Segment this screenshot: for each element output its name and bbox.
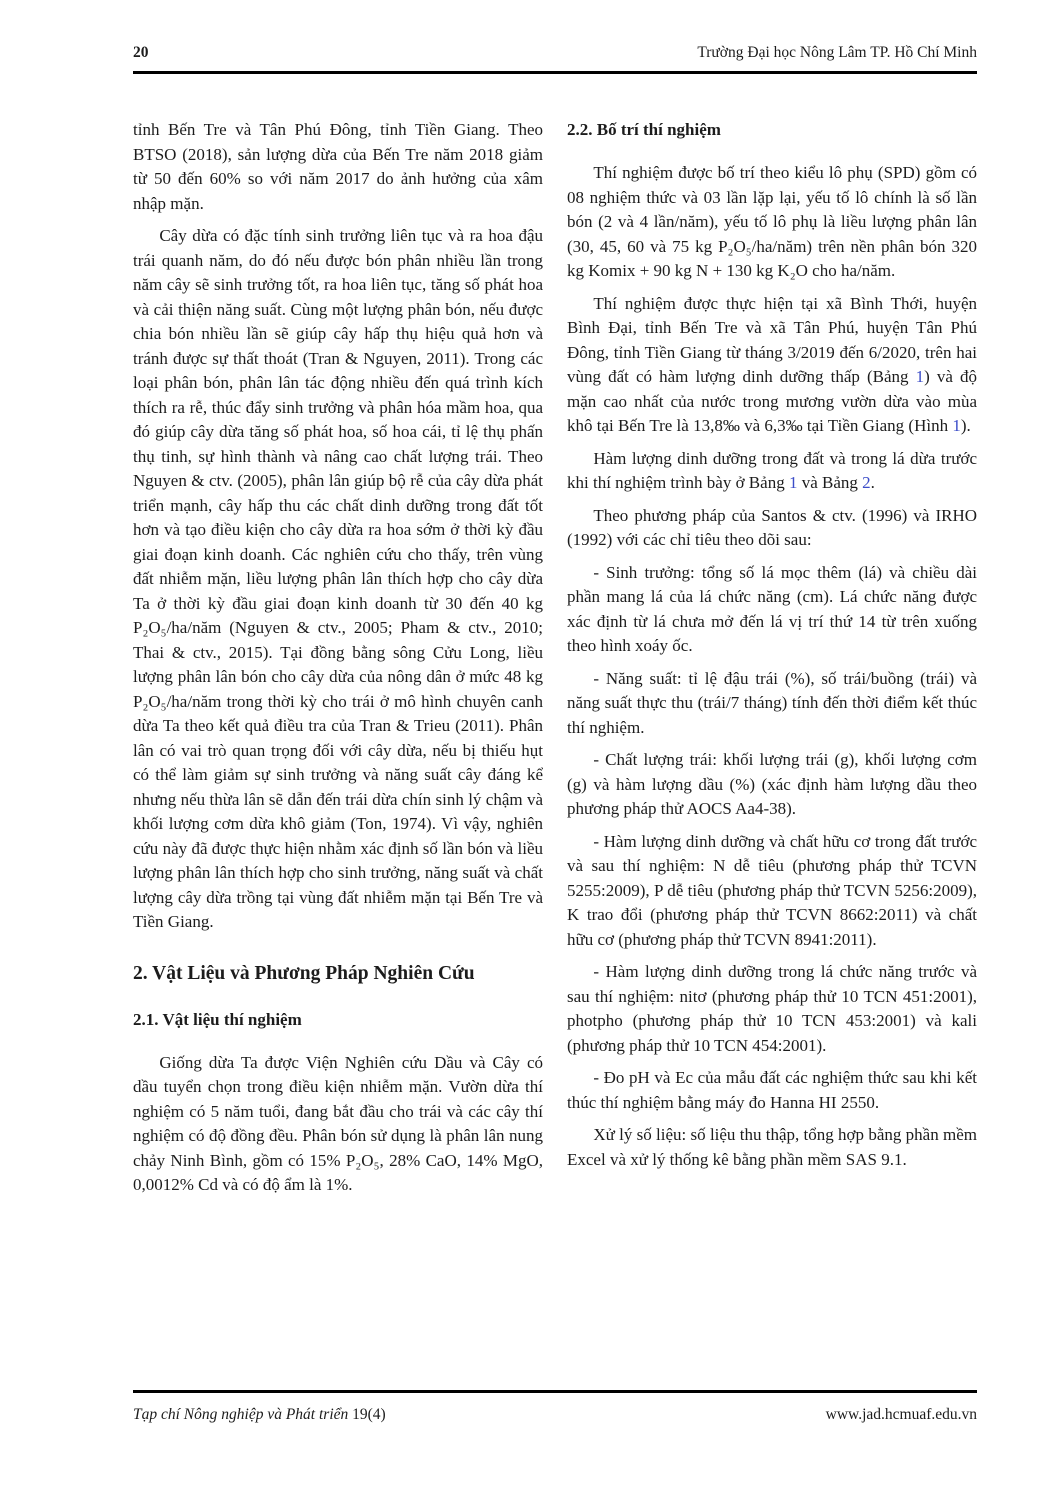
paragraph-ph-ec-measurement: - Đo pH và Ec của mẫu đất các nghiệm thứ…	[567, 1066, 977, 1115]
right-column: 2.2. Bố trí thí nghiệmThí nghiệm được bố…	[567, 118, 977, 1206]
paragraph-phosphorus-role: Cây dừa có đặc tính sinh trưởng liên tục…	[133, 224, 543, 935]
footer-journal-line: Tạp chí Nông nghiệp và Phát triển 19(4)	[133, 1406, 386, 1424]
text-segment: Giống dừa Ta được Viện Nghiên cứu Dầu và…	[133, 1053, 543, 1195]
text-segment: Thí nghiệm được bố trí theo kiểu lô phụ …	[567, 163, 977, 280]
text-segment: và Bảng	[797, 473, 862, 492]
text-segment: Hàm lượng dinh dưỡng trong đất và trong …	[567, 449, 977, 493]
section-heading-materials-methods: 2. Vật Liệu và Phương Pháp Nghiên Cứu	[133, 961, 543, 987]
paragraph-yield-criteria: - Năng suất: tỉ lệ đậu trái (%), số trái…	[567, 667, 977, 741]
paragraph-soil-nutrient-criteria: - Hàm lượng dinh dưỡng và chất hữu cơ tr…	[567, 830, 977, 953]
text-segment: Cây dừa có đặc tính sinh trưởng liên tục…	[133, 226, 543, 931]
paragraph-methods-reference: Theo phương pháp của Santos & ctv. (1996…	[567, 504, 977, 553]
two-column-body: tỉnh Bến Tre và Tân Phú Đông, tỉnh Tiền …	[133, 118, 977, 1206]
text-segment: tỉnh Bến Tre và Tân Phú Đông, tỉnh Tiền …	[133, 120, 543, 213]
text-segment: 2.2. Bố trí thí nghiệm	[567, 120, 721, 139]
running-footer: Tạp chí Nông nghiệp và Phát triển 19(4) …	[133, 1390, 977, 1424]
paragraph-experiment-location: Thí nghiệm được thực hiện tại xã Bình Th…	[567, 292, 977, 439]
link-bang-1[interactable]: 1	[916, 367, 925, 386]
text-segment: - Năng suất: tỉ lệ đậu trái (%), số trái…	[567, 669, 977, 737]
text-segment: - Đo pH và Ec của mẫu đất các nghiệm thứ…	[567, 1068, 977, 1112]
journal-title: Tạp chí Nông nghiệp và Phát triển	[133, 1406, 348, 1423]
text-segment: Theo phương pháp của Santos & ctv. (1996…	[567, 506, 977, 550]
page-number: 20	[133, 44, 149, 62]
text-segment: Xử lý số liệu: số liệu thu thập, tổng hợ…	[567, 1125, 977, 1169]
left-column: tỉnh Bến Tre và Tân Phú Đông, tỉnh Tiền …	[133, 118, 543, 1206]
text-segment: - Chất lượng trái: khối lượng trái (g), …	[567, 750, 977, 818]
text-segment: 2. Vật Liệu và Phương Pháp Nghiên Cứu	[133, 963, 475, 984]
text-segment: 2.1. Vật liệu thí nghiệm	[133, 1010, 302, 1029]
running-header: 20 Trường Đại học Nông Lâm TP. Hồ Chí Mi…	[133, 44, 977, 74]
running-title: Trường Đại học Nông Lâm TP. Hồ Chí Minh	[697, 44, 977, 62]
subsection-heading-2-1: 2.1. Vật liệu thí nghiệm	[133, 1008, 543, 1032]
journal-website: www.jad.hcmuaf.edu.vn	[826, 1406, 977, 1424]
paragraph-experimental-design: Thí nghiệm được bố trí theo kiểu lô phụ …	[567, 161, 977, 284]
text-segment: - Hàm lượng dinh dưỡng và chất hữu cơ tr…	[567, 832, 977, 949]
paragraph-data-processing: Xử lý số liệu: số liệu thu thập, tổng hợ…	[567, 1123, 977, 1172]
paragraph-leaf-nutrient-criteria: - Hàm lượng dinh dưỡng trong lá chức năn…	[567, 960, 977, 1058]
subsection-heading-2-2: 2.2. Bố trí thí nghiệm	[567, 118, 977, 142]
link-bang-2[interactable]: 2	[862, 473, 871, 492]
paragraph-nutrient-tables: Hàm lượng dinh dưỡng trong đất và trong …	[567, 447, 977, 496]
link-hinh-1[interactable]: 1	[952, 416, 961, 435]
paragraph-materials: Giống dừa Ta được Viện Nghiên cứu Dầu và…	[133, 1051, 543, 1198]
paragraph-intro-continued: tỉnh Bến Tre và Tân Phú Đông, tỉnh Tiền …	[133, 118, 543, 216]
text-segment: - Sinh trưởng: tổng số lá mọc thêm (lá) …	[567, 563, 977, 656]
text-segment: .	[871, 473, 875, 492]
journal-issue: 19(4)	[352, 1406, 386, 1423]
paragraph-fruit-quality-criteria: - Chất lượng trái: khối lượng trái (g), …	[567, 748, 977, 822]
text-segment: - Hàm lượng dinh dưỡng trong lá chức năn…	[567, 962, 977, 1055]
paragraph-growth-criteria: - Sinh trưởng: tổng số lá mọc thêm (lá) …	[567, 561, 977, 659]
text-segment: ).	[961, 416, 971, 435]
journal-page: 20 Trường Đại học Nông Lâm TP. Hồ Chí Mi…	[0, 0, 1047, 1488]
